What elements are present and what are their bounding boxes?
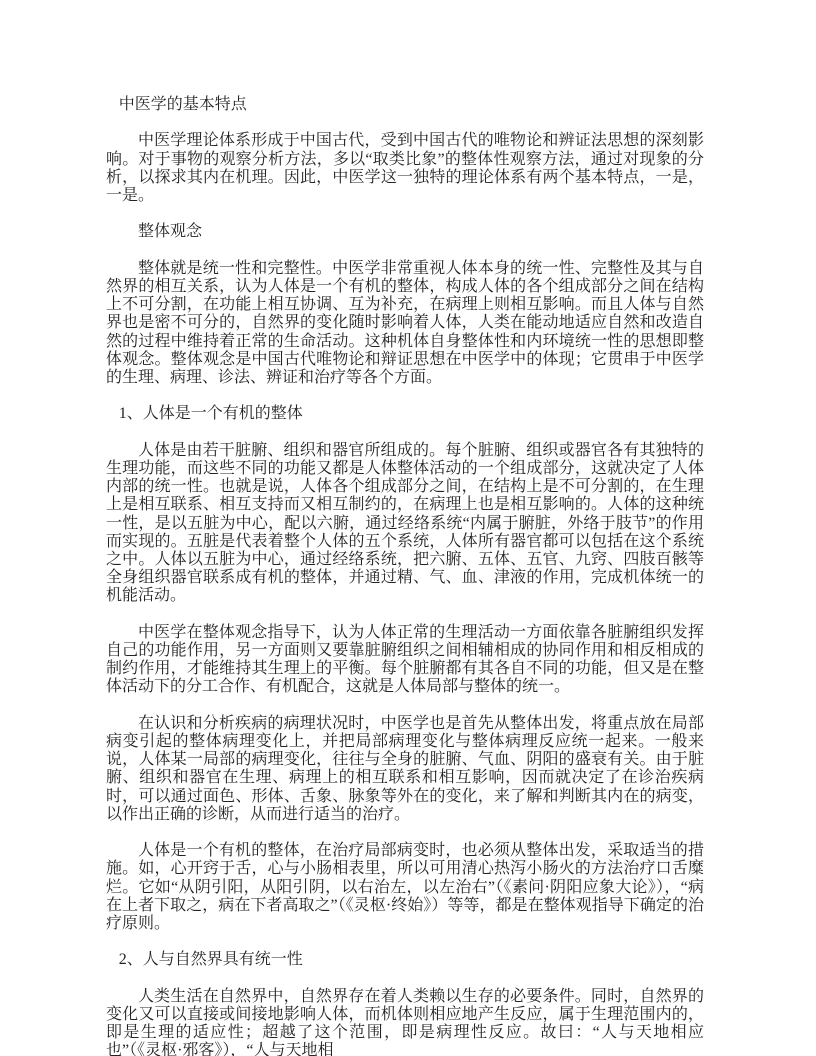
document-page: 中医学的基本特点 中医学理论体系形成于中国古代，受到中国古代的唯物论和辨证法思想… bbox=[0, 0, 816, 1056]
heading-holistic-concept: 整体观念 bbox=[106, 223, 704, 241]
paragraph-intro: 中医学理论体系形成于中国古代，受到中国古代的唯物论和辨证法思想的深刻影响。对于事… bbox=[106, 132, 704, 205]
paragraph-pathology-analysis: 在认识和分析疾病的病理状况时，中医学也是首先从整体出发，将重点放在局部病变引起的… bbox=[106, 715, 704, 824]
paragraph-holistic-overview: 整体就是统一性和完整性。中医学非常重视人体本身的统一性、完整性及其与自然界的相互… bbox=[106, 260, 704, 387]
paragraph-organic-whole-structure: 人体是由若干脏腑、组织和器官所组成的。每个脏腑、组织或器官各有其独特的生理功能，… bbox=[106, 442, 704, 606]
heading-section-2-human-nature-unity: 2、人与自然界具有统一性 bbox=[106, 951, 704, 969]
heading-section-1-organic-whole: 1、人体是一个有机的整体 bbox=[106, 405, 704, 423]
document-body: 中医学的基本特点 中医学理论体系形成于中国古代，受到中国古代的唯物论和辨证法思想… bbox=[106, 96, 704, 1056]
paragraph-treatment-principles: 人体是一个有机的整体，在治疗局部病变时，也必须从整体出发，采取适当的措施。如，心… bbox=[106, 842, 704, 933]
document-title: 中医学的基本特点 bbox=[106, 96, 704, 114]
paragraph-physiological-balance: 中医学在整体观念指导下，认为人体正常的生理活动一方面依靠各脏腑组织发挥自己的功能… bbox=[106, 624, 704, 697]
paragraph-human-nature-unity: 人类生活在自然界中，自然界存在着人类赖以生存的必要条件。同时，自然界的变化又可以… bbox=[106, 988, 704, 1056]
